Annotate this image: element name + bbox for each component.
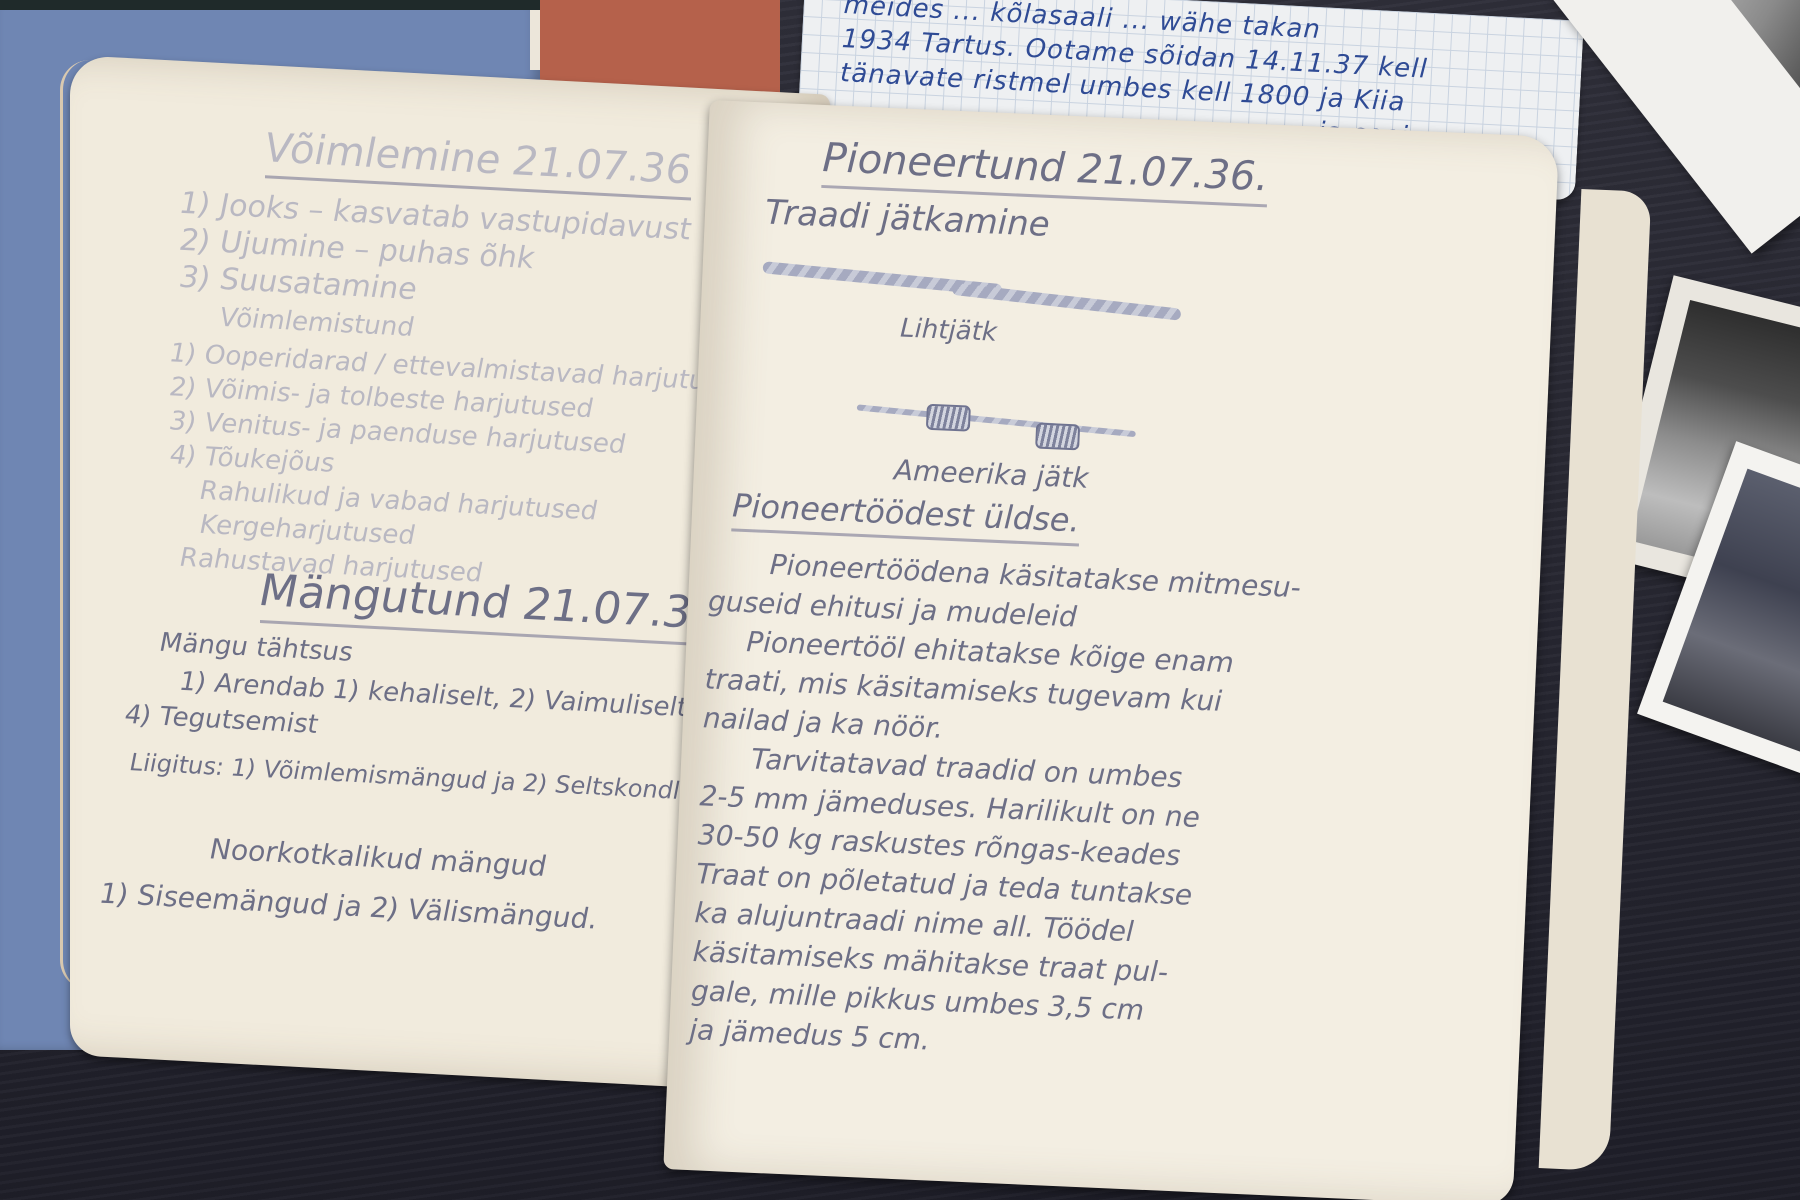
subtitle: Traadi jätkamine	[764, 193, 1050, 245]
section-title: Pioneertöödest üldse.	[731, 486, 1080, 546]
page-stack-edge	[1539, 189, 1652, 1171]
figure-caption: Lihtjätk	[900, 314, 998, 348]
wire-coil	[926, 404, 971, 432]
paragraph-line: nailad ja ka nöör.	[702, 701, 943, 744]
section-title: Võimlemine 21.07.36	[265, 125, 691, 200]
wire-sketch	[952, 283, 1182, 321]
wire-sketch	[857, 404, 1136, 437]
text-line: Mängu tähtsus	[160, 628, 352, 668]
text-line: 1) Siseemängud ja 2) Välismängud.	[100, 877, 597, 936]
american-splice-sketch	[710, 100, 1559, 137]
text-line: Noorkotkalikud mängud	[210, 832, 546, 883]
text-line: 4) Tegutsemist	[125, 700, 318, 740]
list-item: 4) Tõukejõus	[170, 440, 334, 479]
paragraph-line: ja jämedus 5 cm.	[689, 1013, 931, 1056]
open-notebook: Võimlemine 21.07.36 1) Jooks – kasvatab …	[0, 0, 1800, 1200]
section-title: Mängutund 21.07.36.	[260, 565, 734, 648]
right-page: Pioneertund 21.07.36. Traadi jätkamine L…	[663, 100, 1559, 1200]
list-item: Võimlemistund	[220, 303, 414, 343]
section-title: Pioneertund 21.07.36.	[821, 135, 1269, 207]
wire-coil	[1035, 423, 1080, 451]
simple-splice-sketch	[710, 100, 1559, 137]
figure-caption: Ameerika jätk	[893, 453, 1089, 494]
